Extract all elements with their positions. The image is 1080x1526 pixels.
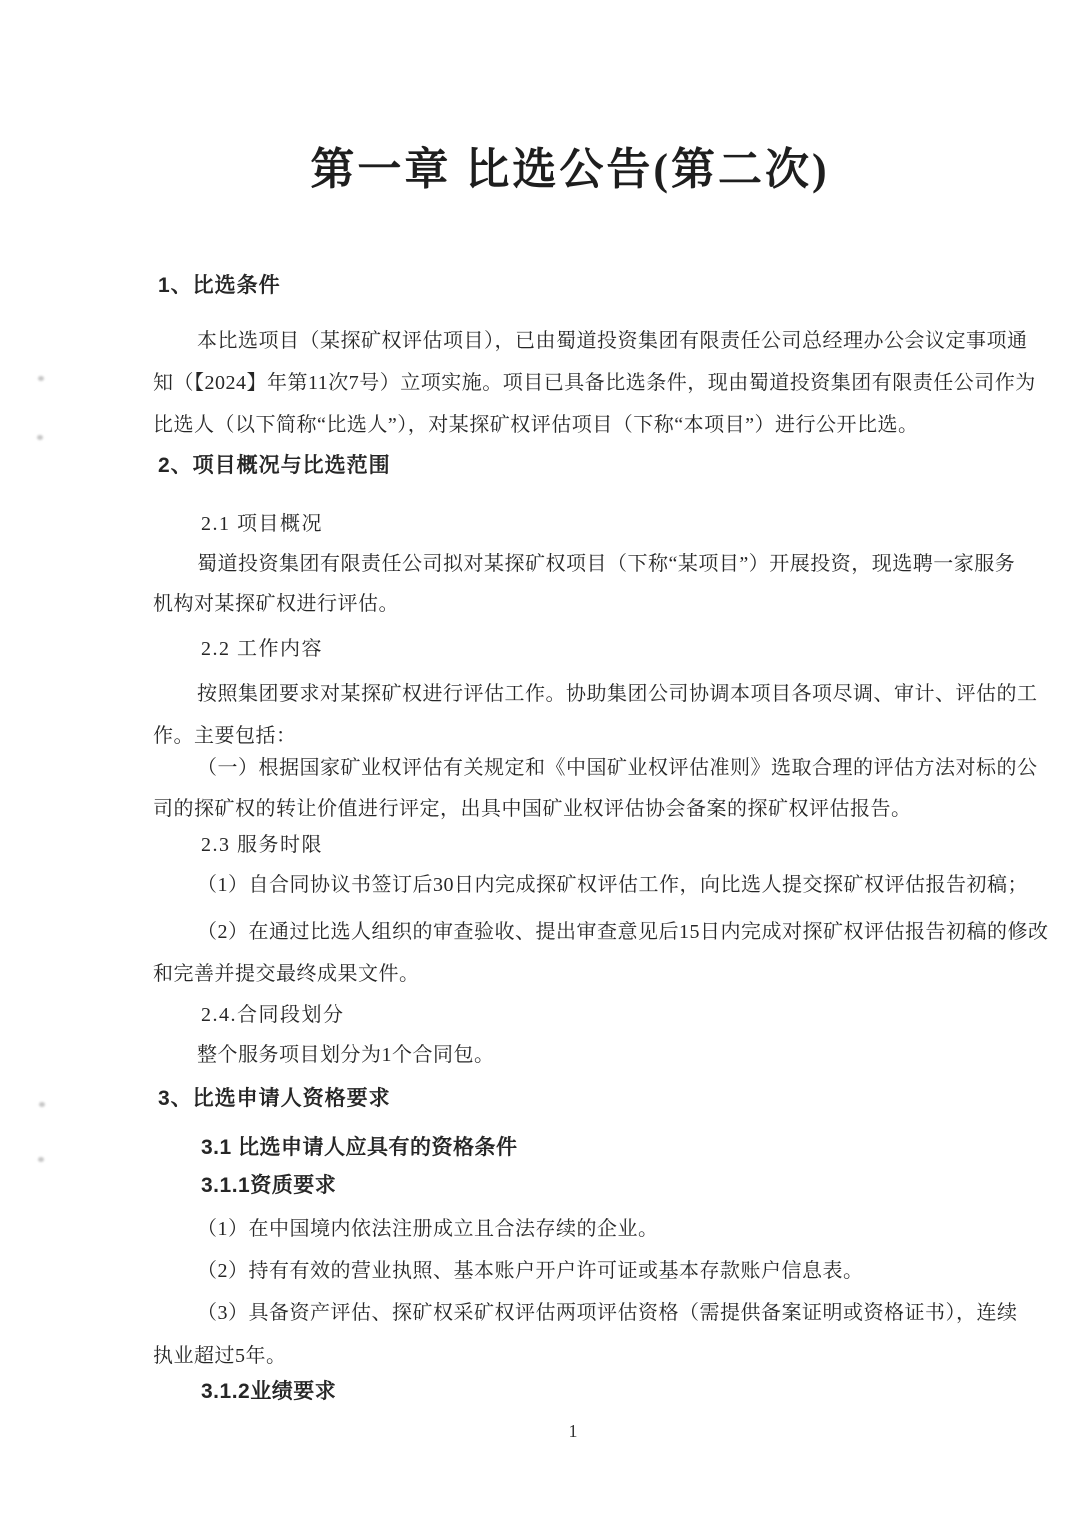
paragraph-line: 比选人（以下简称“比选人”），对某探矿权评估项目（下称“本项目”）进行公开比选。	[153, 412, 919, 438]
chapter-title: 第一章 比选公告(第二次)	[60, 133, 1080, 197]
paragraph-line: 执业超过5年。	[153, 1343, 287, 1369]
subsection-3-1-2-heading: 3.1.2业绩要求	[201, 1378, 336, 1405]
subsection-2-4-heading: 2.4.合同段划分	[201, 1002, 345, 1028]
subsection-2-2-heading: 2.2 工作内容	[201, 636, 323, 662]
paragraph-line: 司的探矿权的转让价值进行评定，出具中国矿业权评估协会备案的探矿权评估报告。	[153, 796, 912, 822]
scan-artifact	[39, 1102, 45, 1107]
paragraph-line: 作。主要包括：	[153, 723, 297, 749]
paragraph-line: （1）在中国境内依法注册成立且合法存续的企业。	[197, 1216, 659, 1242]
section-1-heading: 1、比选条件	[158, 272, 281, 299]
section-2-heading: 2、项目概况与比选范围	[158, 452, 391, 479]
paragraph-line: 整个服务项目划分为1个合同包。	[197, 1042, 495, 1068]
scan-artifact	[38, 376, 44, 381]
page-number: 1	[66, 1421, 1080, 1442]
paragraph-line: （3）具备资产评估、探矿权采矿权评估两项评估资格（需提供备案证明或资格证书），连…	[197, 1300, 1018, 1326]
paragraph-line: （2）在通过比选人组织的审查验收、提出审查意见后15日内完成对探矿权评估报告初稿…	[197, 919, 1049, 945]
subsection-2-3-heading: 2.3 服务时限	[201, 832, 323, 858]
paragraph-line: 蜀道投资集团有限责任公司拟对某探矿权项目（下称“某项目”）开展投资，现选聘一家服…	[197, 551, 1015, 577]
paragraph-line: （一）根据国家矿业权评估有关规定和《中国矿业权评估准则》选取合理的评估方法对标的…	[197, 755, 1038, 781]
paragraph-line: 按照集团要求对某探矿权进行评估工作。协助集团公司协调本项目各项尽调、审计、评估的…	[197, 681, 1038, 707]
paragraph-line: 知（【2024】年第11次7号）立项实施。项目已具备比选条件，现由蜀道投资集团有…	[153, 370, 1036, 396]
scan-artifact	[38, 1157, 44, 1162]
scan-artifact	[37, 435, 43, 440]
subsection-3-1-heading: 3.1 比选申请人应具有的资格条件	[201, 1134, 518, 1161]
paragraph-line: 本比选项目（某探矿权评估项目），已由蜀道投资集团有限责任公司总经理办公会议定事项…	[197, 328, 1028, 354]
document-page: 第一章 比选公告(第二次) 1、比选条件 本比选项目（某探矿权评估项目），已由蜀…	[0, 0, 1080, 1526]
paragraph-line: （1）自合同协议书签订后30日内完成探矿权评估工作，向比选人提交探矿权评估报告初…	[197, 872, 1028, 898]
paragraph-line: （2）持有有效的营业执照、基本账户开户许可证或基本存款账户信息表。	[197, 1258, 864, 1284]
paragraph-line: 和完善并提交最终成果文件。	[153, 961, 420, 987]
section-3-heading: 3、比选申请人资格要求	[158, 1085, 391, 1112]
paragraph-line: 机构对某探矿权进行评估。	[153, 591, 399, 617]
subsection-3-1-1-heading: 3.1.1资质要求	[201, 1172, 336, 1199]
subsection-2-1-heading: 2.1 项目概况	[201, 511, 323, 537]
